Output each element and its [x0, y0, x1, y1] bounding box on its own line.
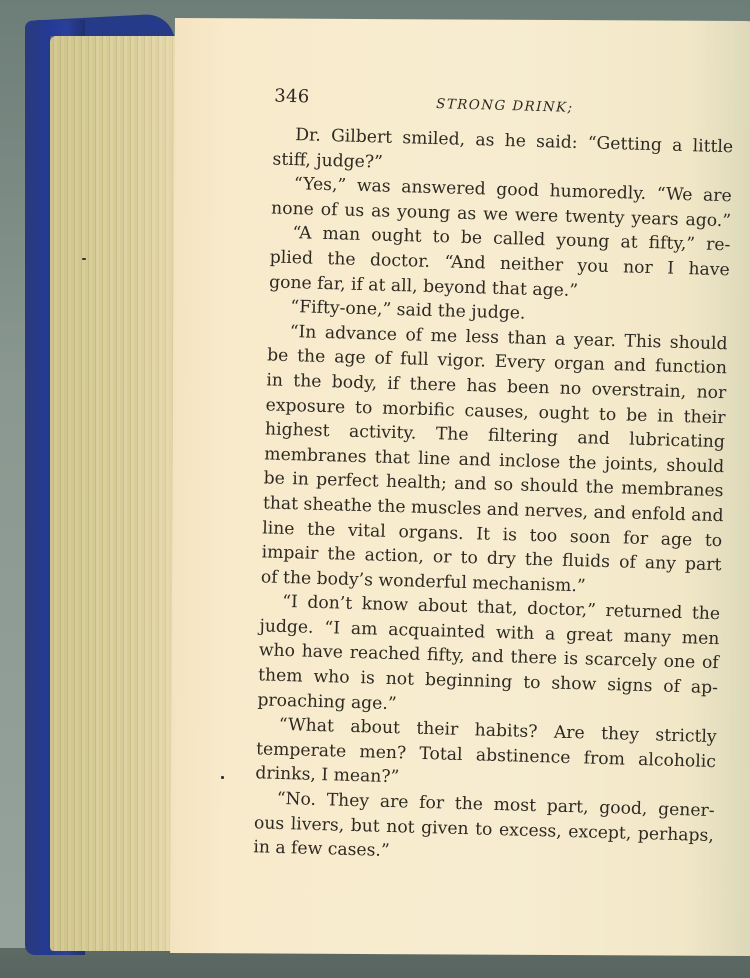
paragraph: “I don’t know about that, doctor,” retur…	[257, 590, 720, 726]
running-header: 346 STRONG DRINK;	[274, 85, 735, 126]
ink-speck	[221, 776, 224, 779]
scanned-book-photo: 346 STRONG DRINK; Dr. Gilbert smiled, as…	[0, 0, 750, 978]
paragraph: “No. They are for the most part, good, g…	[253, 786, 715, 873]
body-text: Dr. Gilbert smiled, as he said: “Getting…	[253, 123, 733, 873]
paragraph: “What about their habits? Are they stric…	[255, 713, 717, 800]
ink-speck	[82, 258, 86, 260]
paragraph: “In advance of me less than a year. This…	[261, 319, 728, 602]
book-page: 346 STRONG DRINK; Dr. Gilbert smiled, as…	[170, 18, 750, 956]
paragraph: “A man ought to be called young at fifty…	[269, 221, 731, 308]
page-edges	[50, 36, 190, 951]
running-title: STRONG DRINK;	[436, 92, 574, 120]
page-content: 346 STRONG DRINK; Dr. Gilbert smiled, as…	[253, 85, 734, 873]
page-number: 346	[274, 85, 310, 111]
